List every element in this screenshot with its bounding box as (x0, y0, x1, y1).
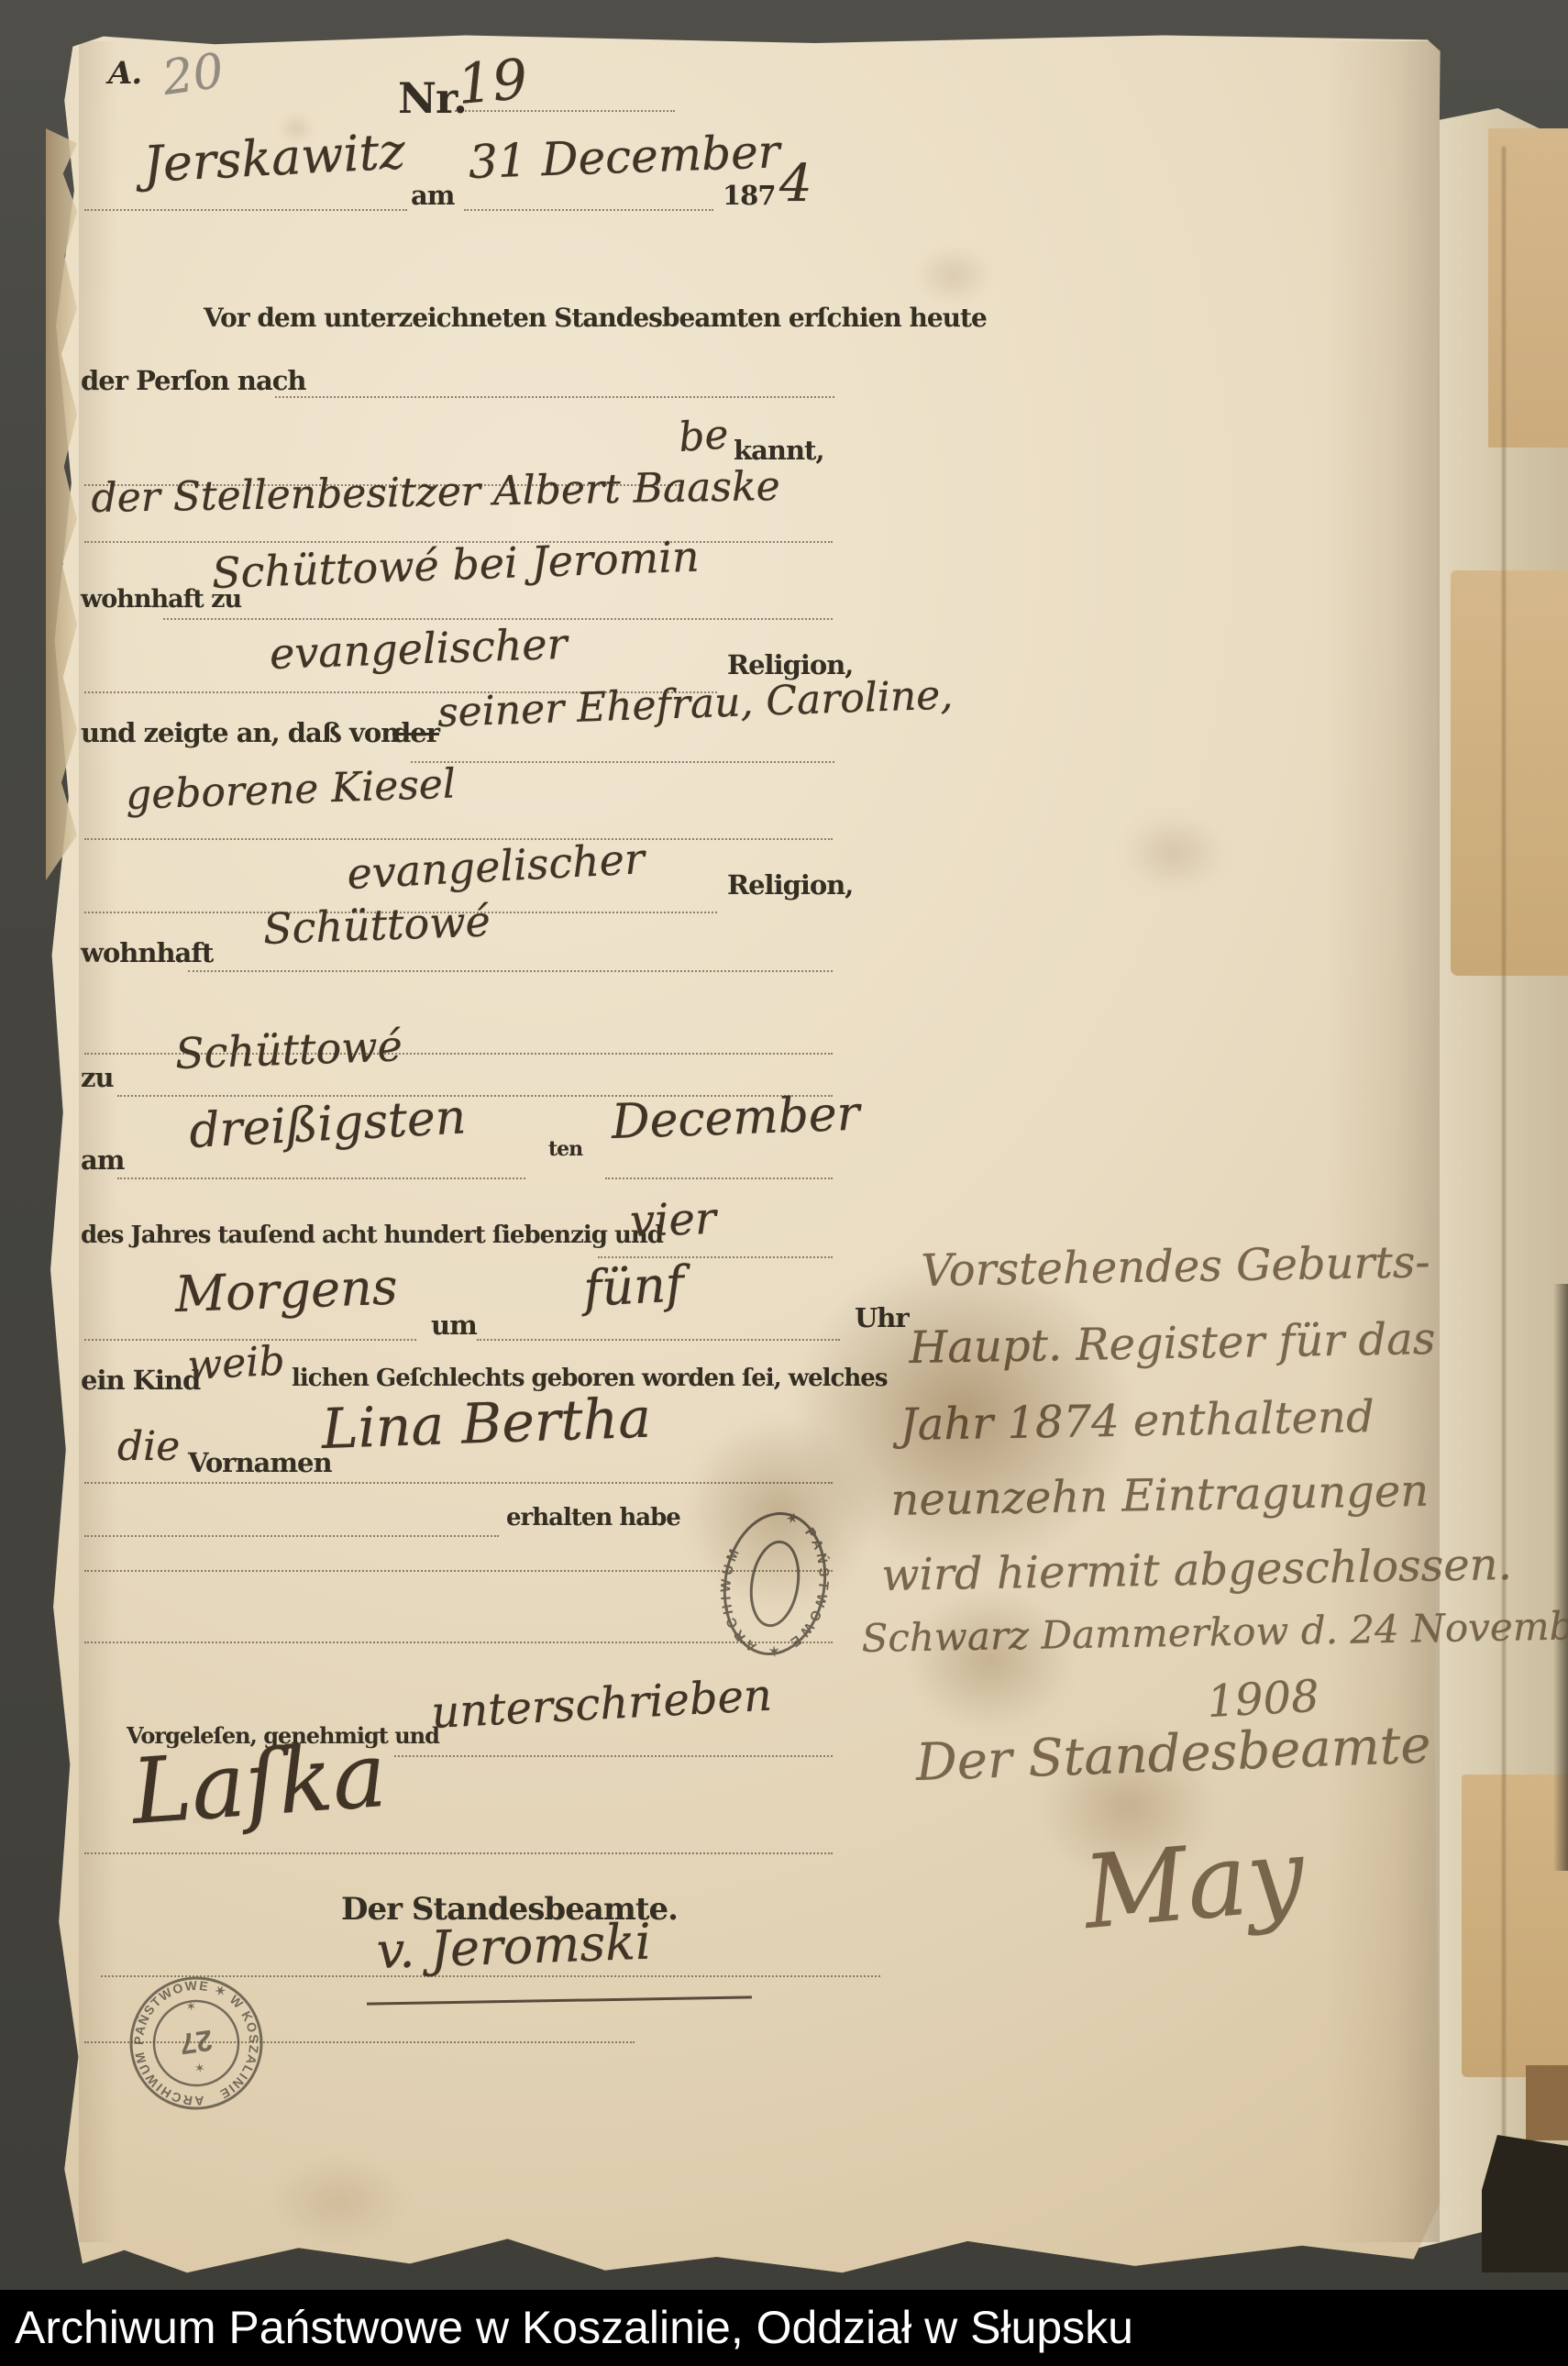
pencil-number: 20 (160, 43, 227, 106)
dotted-line (411, 761, 834, 763)
dotted-line (464, 209, 713, 211)
hour-value: fünf (582, 1255, 686, 1318)
dotted-line (84, 1535, 499, 1537)
dotted-line (275, 396, 834, 398)
uhr-label: Uhr (855, 1302, 909, 1333)
erhalten-label: erhalten habe (506, 1504, 680, 1531)
dotted-line (84, 1570, 833, 1572)
binding-crease (1502, 147, 1506, 2219)
year-printed: 187 (723, 180, 776, 211)
dotted-line (163, 618, 833, 620)
year-sentence-label: des Jahres tauſend acht hundert ſiebenzi… (81, 1222, 663, 1249)
ten-suffix: ten (548, 1137, 582, 1161)
right-fold-shadow (1325, 41, 1440, 2242)
dotted-line (84, 209, 407, 211)
corner-letter: A. (108, 55, 141, 92)
am-label: am (411, 180, 454, 211)
scanned-document-page: A. 20 Nr. 19 Jerskawitz am 31 December 1… (0, 0, 1568, 2366)
closing-note-line-2: Haupt. Register für das (909, 1313, 1436, 1374)
zu-value: Schüttowé (174, 1021, 403, 1078)
am2-label: am (81, 1144, 124, 1176)
gender-hand: weib (186, 1338, 285, 1389)
dotted-line (84, 838, 833, 840)
religion2-label: Religion, (727, 869, 853, 901)
underlying-page-patch (1451, 570, 1568, 976)
dotted-line (394, 1755, 833, 1757)
footer-caption: Archiwum Państwowe w Koszalinie, Oddział… (15, 2290, 1133, 2366)
round-archive-stamp: ARCHIWUM PAŃSTWOWE ✶ W KOSZALINIE 27 ✶ ✶ (117, 1964, 275, 2122)
underlying-page-corner (1488, 128, 1568, 448)
binding-strip (1526, 2065, 1568, 2140)
dotted-line (188, 970, 833, 972)
religion1-value: evangelischer (269, 619, 568, 679)
person-nach-label: der Perſon nach (81, 365, 305, 396)
um-label: um (431, 1310, 477, 1341)
die-hand: die (117, 1423, 180, 1470)
intro-line: Vor dem unterzeichneten Standesbeamten e… (204, 303, 987, 333)
dotted-line (117, 1177, 525, 1179)
given-names-value: Lina Bertha (321, 1387, 653, 1462)
bekannt-hand: be (677, 411, 730, 461)
star-icon: ✶ (193, 2059, 206, 2074)
dotted-line (477, 1339, 840, 1341)
torn-corner-shadow (1482, 2135, 1568, 2272)
time-of-day-value: Morgens (174, 1258, 399, 1323)
vornamen-label: Vornamen (188, 1447, 332, 1478)
underlying-page-patch (1462, 1774, 1568, 2077)
nr-value: 19 (455, 48, 530, 117)
wohnhaft-value: Schüttowé (262, 896, 491, 954)
page-edge-shadow (1553, 1284, 1568, 1871)
dotted-line (84, 1482, 833, 1484)
struck-der: der (392, 717, 439, 748)
year-word-value: vier (629, 1193, 717, 1247)
kind-prefix-label: ein Kind (81, 1365, 200, 1396)
birth-month-value: December (611, 1087, 861, 1150)
round-stamp-number: 27 (178, 2024, 215, 2062)
zeigte-an-label: und zeigte an, daß von (81, 717, 399, 748)
wohnhaft-label: wohnhaft (81, 937, 213, 968)
closing-note-line-4: neunzehn Eintragungen (890, 1465, 1430, 1526)
bekannt-print: kannt, (734, 435, 824, 466)
registrar-signature: v. Jeromski (376, 1913, 652, 1980)
closing-note-line-5: wird hiermit abgeschlossen. (881, 1539, 1512, 1601)
archive-caption-bar: Archiwum Państwowe w Koszalinie, Oddział… (0, 2290, 1568, 2366)
star-icon: ✶ (184, 1997, 197, 2013)
closing-note-line-3: Jahr 1874 enthaltend (900, 1391, 1375, 1451)
dotted-line (84, 1852, 833, 1854)
dotted-line (605, 1177, 833, 1179)
witness-signature: Laſka (128, 1723, 390, 1845)
year-handwritten: 4 (779, 154, 812, 214)
closing-note-line-1: Vorstehendes Geburts- (921, 1236, 1430, 1297)
zu-label: zu (81, 1062, 114, 1093)
closing-signature: May (1079, 1816, 1309, 1951)
